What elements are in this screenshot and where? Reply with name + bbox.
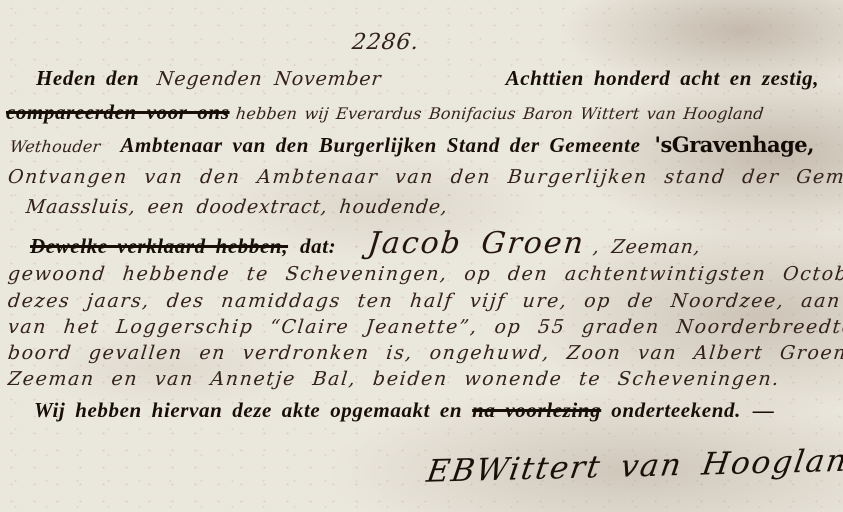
deceased-name: Jacob Groen [366, 226, 587, 261]
closing-dash: — [753, 398, 775, 422]
functie-line: Wethouder Ambtenaar van den Burgerlijken… [10, 132, 814, 158]
act-number: 2286. [351, 30, 421, 55]
struck-na-voorlezing: na voorlezing [472, 398, 601, 422]
comparanten-line: compareerden voor ons hebben wij Everard… [6, 100, 763, 125]
closing-part1: Wij hebben hiervan deze akte opgemaakt e… [34, 398, 462, 422]
printed-dat: dat: [300, 234, 336, 258]
blackletter-gravenhage: 'sGravenhage, [655, 132, 814, 157]
official-signature: EBWittert van Hoogland [424, 442, 843, 490]
handwritten-official-name: hebben wij Everardus Bonifacius Baron Wi… [235, 104, 765, 123]
printed-ambtenaar: Ambtenaar van den Burgerlijken Stand der… [120, 133, 640, 157]
handwritten-wethouder: Wethouder [9, 137, 101, 156]
opening-line: Heden den Negenden November Achttien hon… [36, 66, 819, 91]
narrative-line-5: Zeeman en van Annetje Bal, beiden wonend… [7, 368, 781, 390]
narrative-line-3: van het Loggerschip “Claire Jeanette”, o… [7, 316, 843, 338]
struck-dewelke: Dewelke verklaard hebben, [30, 234, 288, 258]
narrative-line-2: dezes jaars, des namiddags ten half vijf… [7, 290, 843, 312]
narrative-line-4: boord gevallen en verdronken is, ongehuw… [7, 342, 843, 364]
printed-year: Achttien honderd acht en zestig, [506, 66, 819, 90]
verklaring-line: Dewelke verklaard hebben, dat: Jacob Gro… [30, 226, 701, 261]
ontvangst-line-1: Ontvangen van den Ambtenaar van den Burg… [7, 166, 843, 188]
narrative-line-1: gewoond hebbende te Scheveningen, op den… [7, 263, 843, 285]
deceased-occupation: , Zeeman, [592, 236, 702, 258]
printed-heden-den: Heden den [36, 66, 139, 90]
death-act-document: 2286. Heden den Negenden November Achtti… [0, 0, 843, 512]
ontvangst-line-2: Maassluis, een doodextract, houdende, [25, 196, 449, 218]
struck-compareerden: compareerden voor ons [6, 100, 230, 124]
closing-part2: onderteekend. [611, 398, 741, 422]
handwritten-date: Negenden November [156, 68, 383, 90]
closing-line: Wij hebben hiervan deze akte opgemaakt e… [34, 398, 775, 423]
